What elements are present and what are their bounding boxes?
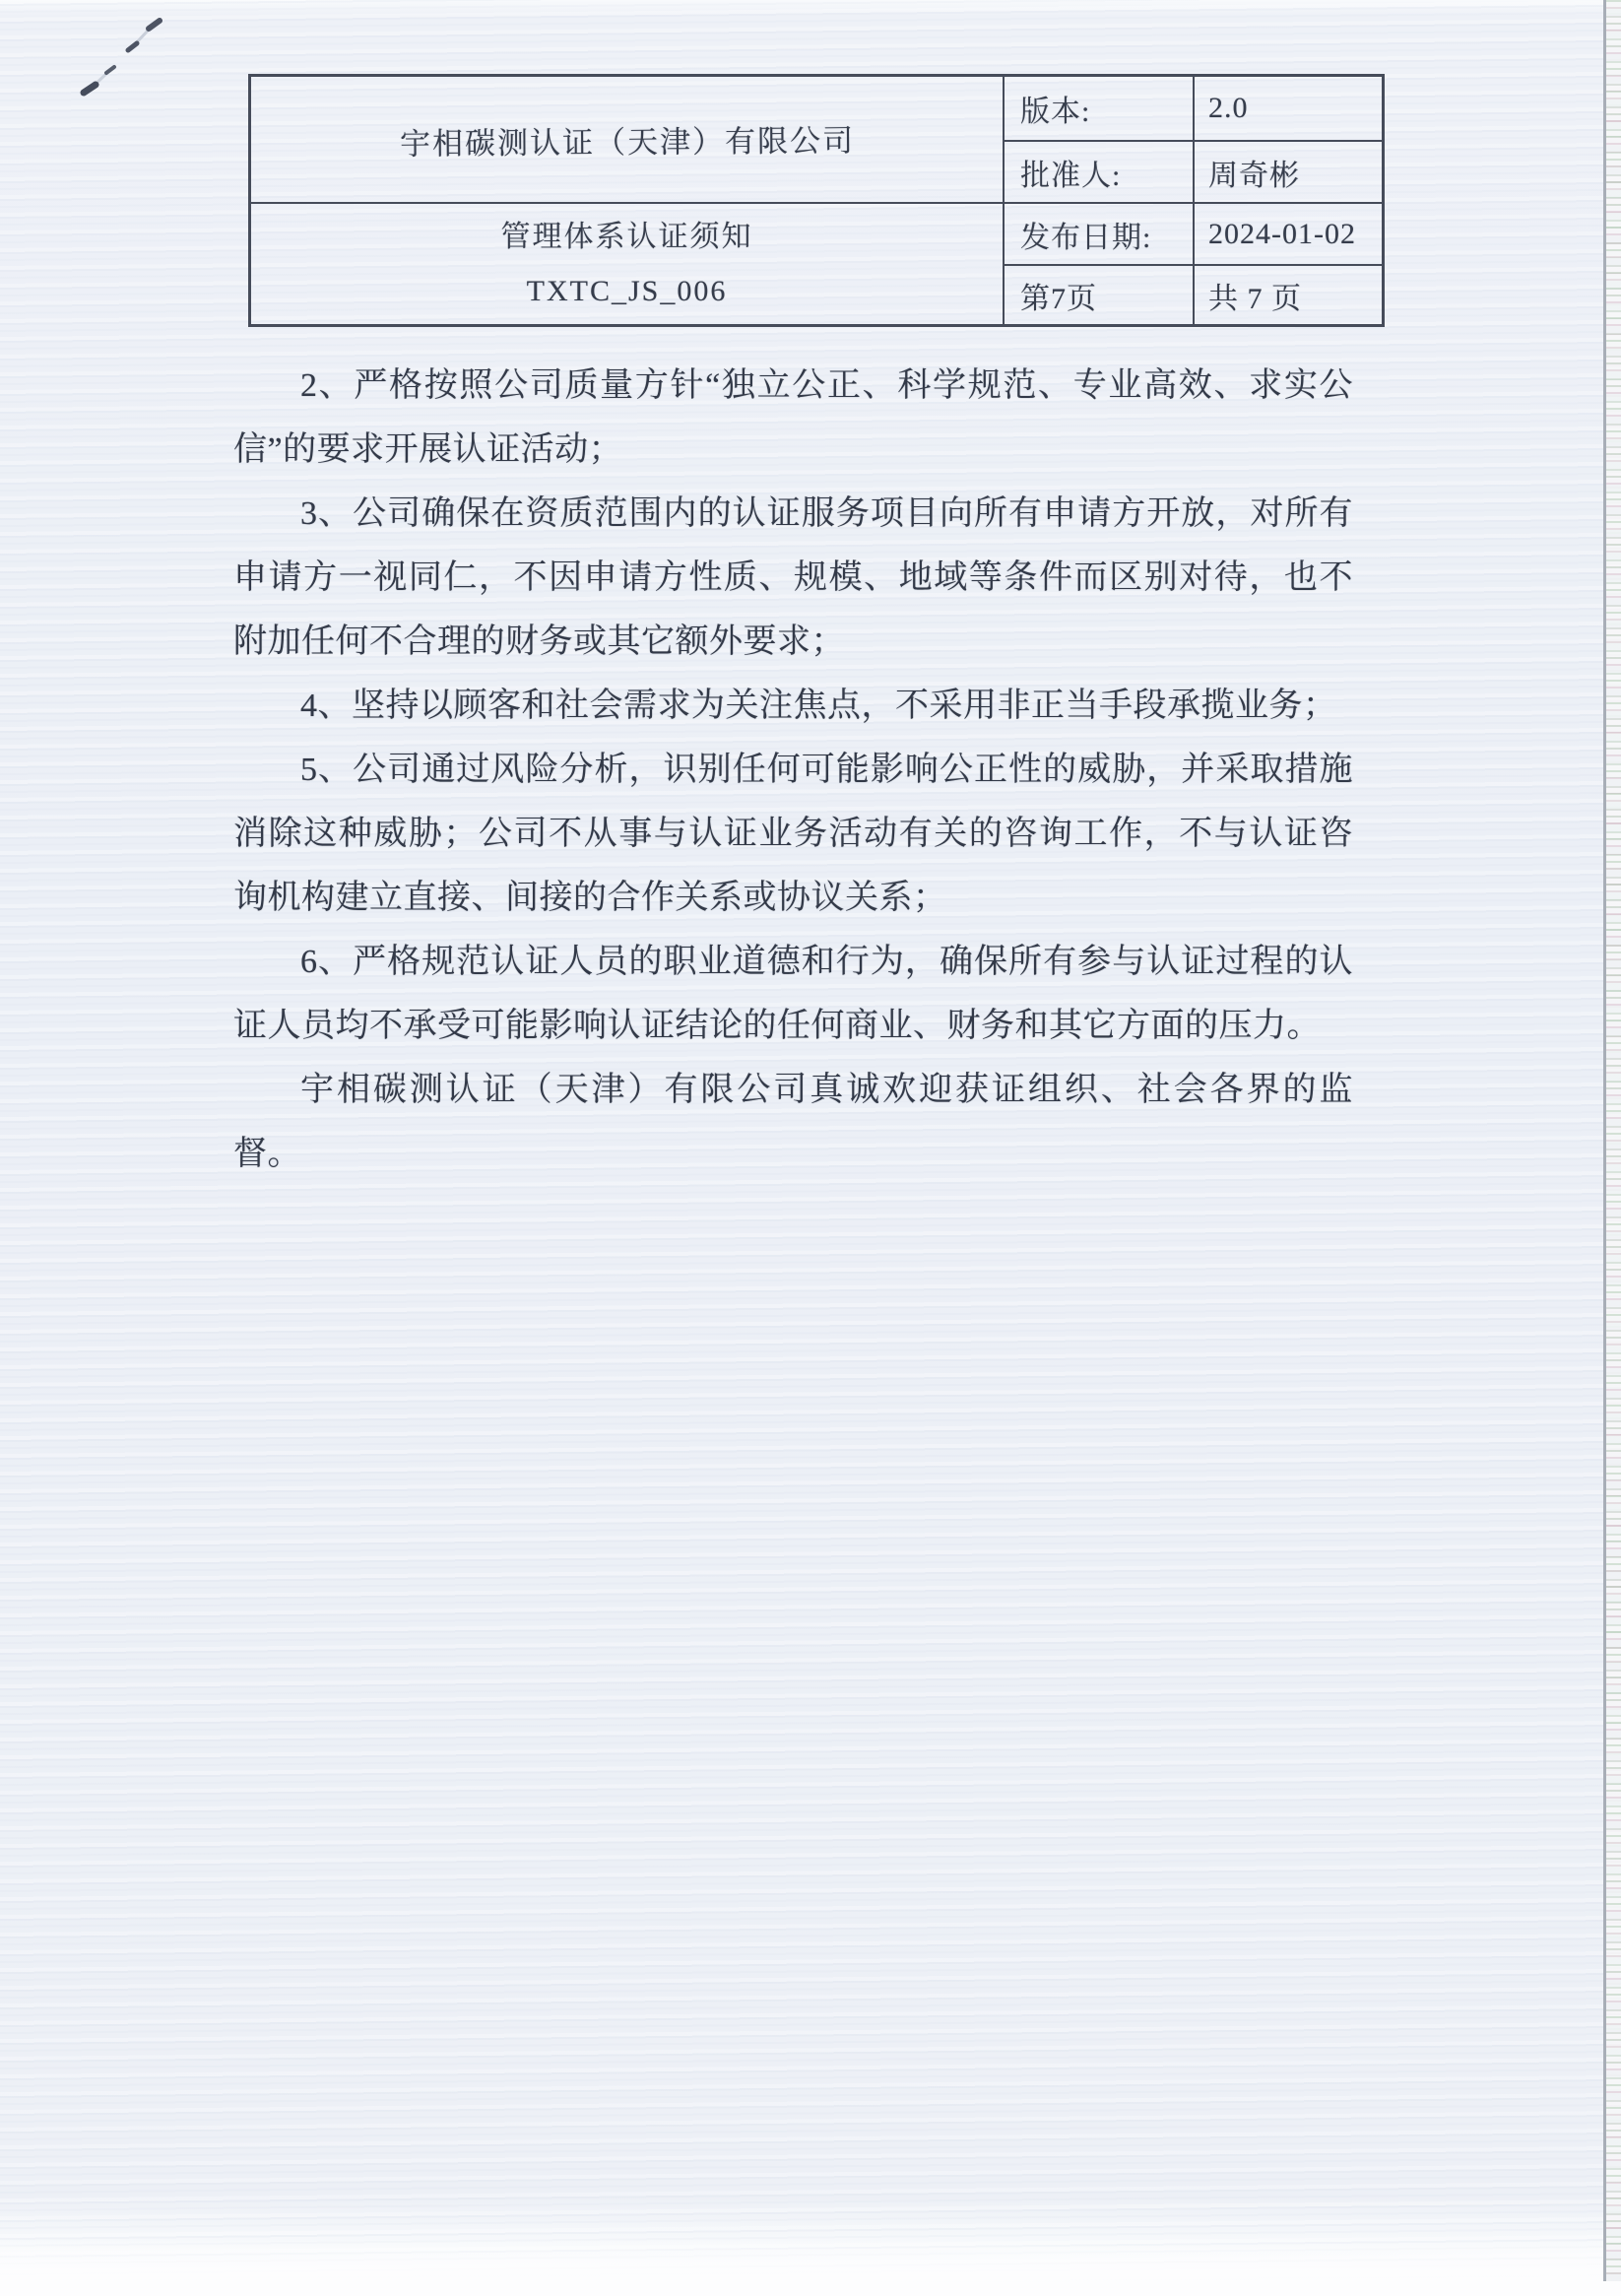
company-name: 宇相碳测认证（天津）有限公司: [399, 115, 854, 164]
issue-date-label: 发布日期:: [1003, 202, 1193, 264]
issue-date-value: 2024-01-02: [1193, 202, 1382, 264]
doc-title: 管理体系认证须知: [501, 212, 753, 263]
scanned-document-page: 宇相碳测认证（天津）有限公司 版本: 2.0 批准人: 周奇彬 管理体系认证须知…: [0, 0, 1621, 2296]
paragraph-2: 2、严格按照公司质量方针“独立公正、科学规范、专业高效、求实公信”的要求开展认证…: [233, 354, 1353, 482]
approver-value: 周奇彬: [1193, 140, 1382, 202]
scan-bottom-fade: [0, 2239, 1621, 2296]
paragraph-6: 6、严格规范认证人员的职业道德和行为，确保所有参与认证过程的认证人员均不承受可能…: [233, 930, 1353, 1058]
document-body: 2、严格按照公司质量方针“独立公正、科学规范、专业高效、求实公信”的要求开展认证…: [233, 354, 1353, 1186]
closing-paragraph: 宇相碳测认证（天津）有限公司真诚欢迎获证组织、社会各界的监督。: [233, 1058, 1353, 1186]
paragraph-5: 5、公司通过风险分析，识别任何可能影响公正性的威胁，并采取措施消除这种威胁；公司…: [233, 738, 1353, 930]
company-name-cell: 宇相碳测认证（天津）有限公司: [251, 77, 1003, 202]
approver-label: 批准人:: [1003, 140, 1193, 202]
scan-edge-artifact: [1603, 0, 1621, 2281]
paragraph-3: 3、公司确保在资质范围内的认证服务项目向所有申请方开放，对所有申请方一视同仁，不…: [233, 482, 1353, 674]
page-number-cell: 第7页: [1003, 264, 1193, 324]
pencil-marks: [0, 0, 217, 128]
page-total-cell: 共 7 页: [1193, 264, 1382, 324]
document-header-table: 宇相碳测认证（天津）有限公司 版本: 2.0 批准人: 周奇彬 管理体系认证须知…: [248, 74, 1385, 327]
version-label: 版本:: [1003, 77, 1193, 140]
doc-code: TXTC_JS_006: [527, 266, 728, 317]
paragraph-4: 4、坚持以顾客和社会需求为关注焦点，不采用非正当手段承揽业务；: [233, 674, 1353, 738]
version-value: 2.0: [1193, 77, 1382, 140]
doc-title-cell: 管理体系认证须知 TXTC_JS_006: [251, 202, 1003, 324]
